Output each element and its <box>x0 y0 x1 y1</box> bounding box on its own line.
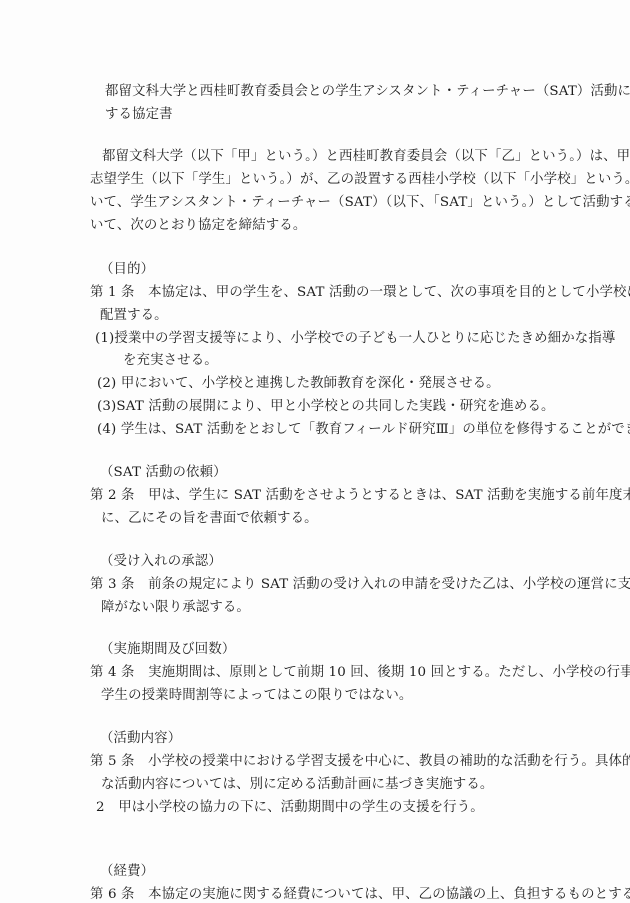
article-1-item-1-continued: を充実させる。 <box>123 352 218 370</box>
article-3-heading: （受け入れの承認） <box>100 553 222 571</box>
article-6-text: 第 6 条 本協定の実施に関する経費については、甲、乙の協議の上、負担するものと… <box>90 886 630 903</box>
document-title: 都留文科大学と西桂町教育委員会との学生アシスタント・ティーチャー（SAT）活動に… <box>105 83 630 101</box>
preamble-line: 都留文科大学（以下「甲」という。）と西桂町教育委員会（以下「乙」という。）は、甲… <box>102 148 630 166</box>
article-5-text: な活動内容については、別に定める活動計画に基づき実施する。 <box>101 776 493 794</box>
article-4-text: 第 4 条 実施期間は、原則として前期 10 回、後期 10 回とする。ただし、… <box>90 664 630 682</box>
article-1-text: 配置する。 <box>100 307 168 325</box>
preamble-line: 志望学生（以下「学生」という。）が、乙の設置する西桂小学校（以下「小学校」という… <box>90 171 630 189</box>
article-1-item-4: (4) 学生は、SAT 活動をとおして「教育フィールド研究Ⅲ」の単位を修得するこ… <box>97 421 630 439</box>
article-5-text: 第 5 条 小学校の授業中における学習支援を中心に、教員の補助的な活動を行う。具… <box>90 753 630 771</box>
article-5-paragraph-2: 2 甲は小学校の協力の下に、活動期間中の学生の支援を行う。 <box>96 799 484 817</box>
article-2-text: 第 2 条 甲は、学生に SAT 活動をさせようとするときは、SAT 活動を実施… <box>90 487 630 505</box>
article-1-text: 第 1 条 本協定は、甲の学生を、SAT 活動の一環として、次の事項を目的として… <box>90 284 630 302</box>
article-5-heading: （活動内容） <box>100 730 181 748</box>
article-4-text: 学生の授業時間割等によってはこの限りではない。 <box>101 687 412 705</box>
article-1-item-2: (2) 甲において、小学校と連携した教師教育を深化・発展させる。 <box>97 375 500 393</box>
article-2-heading: （SAT 活動の依頼） <box>100 464 227 482</box>
article-1-heading: （目的） <box>100 261 154 279</box>
preamble-line: いて、次のとおり協定を締結する。 <box>90 217 306 235</box>
article-3-text: 第 3 条 前条の規定により SAT 活動の受け入れの申請を受けた乙は、小学校の… <box>90 576 630 594</box>
preamble-line: いて、学生アシスタント・ティーチャー（SAT）（以下、「SAT」という。）として… <box>90 194 630 212</box>
article-3-text: 障がない限り承認する。 <box>101 599 250 617</box>
article-6-heading: （経費） <box>100 863 154 881</box>
document-title-continued: する協定書 <box>105 106 173 124</box>
article-1-item-3: (3)SAT 活動の展開により、甲と小学校との共同した実践・研究を進める。 <box>97 398 555 416</box>
article-1-item-1: (1)授業中の学習支援等により、小学校での子ども一人ひとりに応じたきめ細かな指導 <box>95 330 615 348</box>
article-2-text: に、乙にその旨を書面で依頼する。 <box>101 510 318 528</box>
article-4-heading: （実施期間及び回数） <box>100 641 235 659</box>
